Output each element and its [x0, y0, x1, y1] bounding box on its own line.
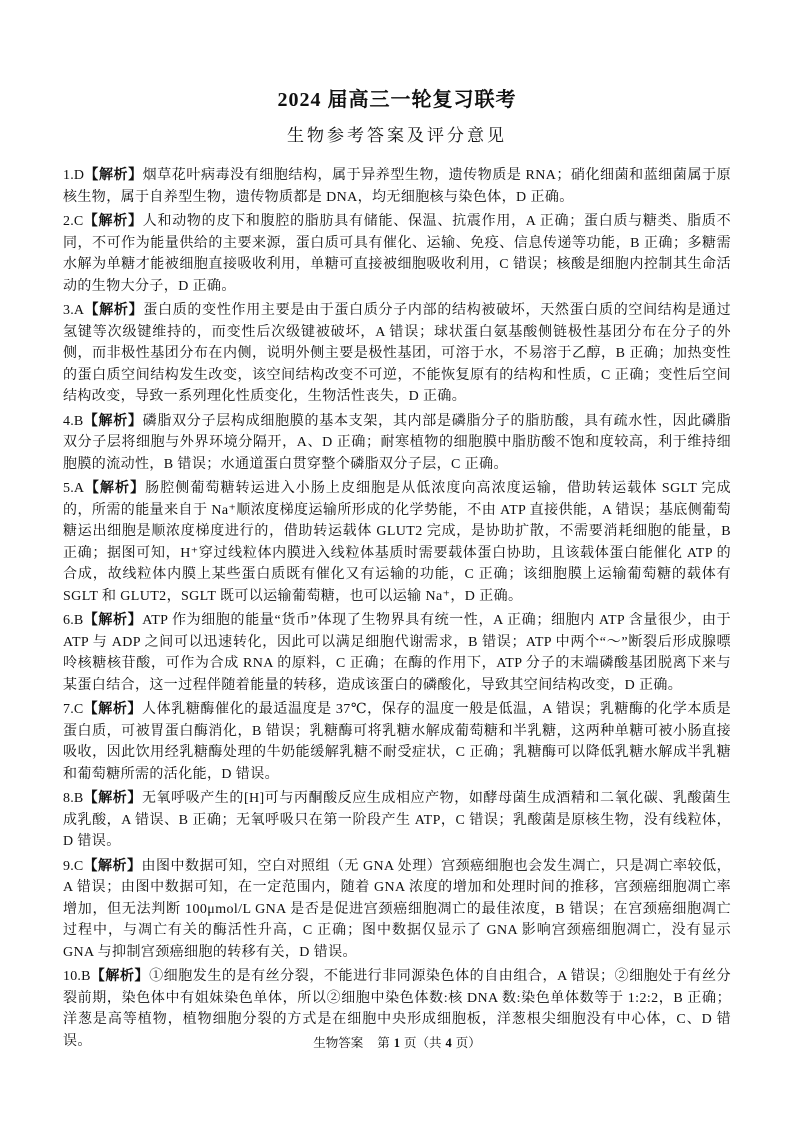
answer-number: 4.B	[63, 414, 83, 429]
analysis-label: 【解析】	[83, 702, 142, 717]
explanation-text: 烟草花叶病毒没有细胞结构，属于异养型生物，遗传物质是 RNA；硝化细菌和蓝细菌属…	[63, 168, 731, 205]
answer-item-2: 2.C【解析】人和动物的皮下和腹腔的脂肪具有储能、保温、抗震作用，A 正确；蛋白…	[63, 211, 731, 297]
answer-number: 5.A	[63, 481, 84, 496]
footer-total-pages: 4	[446, 1036, 452, 1050]
page-footer: 生物答案第1页（共4页）	[0, 1034, 794, 1052]
answer-item-7: 7.C【解析】人体乳糖酶催化的最适温度是 37℃，保存的温度一般是低温，A 错误…	[63, 699, 731, 785]
explanation-text: 由图中数据可知，空白对照组（无 GNA 处理）宫颈癌细胞也会发生凋亡，只是凋亡率…	[63, 859, 731, 960]
answer-number: 6.B	[63, 613, 83, 628]
analysis-label: 【解析】	[83, 414, 142, 429]
answer-item-3: 3.A【解析】蛋白质的变性作用主要是由于蛋白质分子内部的结构被破坏，天然蛋白质的…	[63, 300, 731, 408]
answer-item-4: 4.B【解析】磷脂双分子层构成细胞膜的基本支架，其内部是磷脂分子的脂肪酸，具有疏…	[63, 411, 731, 476]
analysis-label: 【解析】	[83, 859, 141, 874]
answer-explanations: 1.D【解析】烟草花叶病毒没有细胞结构，属于异养型生物，遗传物质是 RNA；硝化…	[63, 165, 731, 1052]
answer-item-5: 5.A【解析】肠腔侧葡萄糖转运进入小肠上皮细胞是从低浓度向高浓度运输，借助转运载…	[63, 478, 731, 607]
analysis-label: 【解析】	[91, 969, 149, 984]
answer-number: 7.C	[63, 702, 83, 717]
answer-number: 2.C	[63, 214, 83, 229]
analysis-label: 【解析】	[83, 791, 141, 806]
footer-doc-label: 生物答案	[313, 1036, 363, 1050]
answer-number: 1.D	[63, 168, 84, 183]
analysis-label: 【解析】	[83, 214, 142, 229]
explanation-text: 人和动物的皮下和腹腔的脂肪具有储能、保温、抗震作用，A 正确；蛋白质与糖类、脂质…	[63, 214, 731, 294]
answer-number: 8.B	[63, 791, 83, 806]
answer-key-subtitle: 生物参考答案及评分意见	[63, 124, 731, 148]
explanation-text: 人体乳糖酶催化的最适温度是 37℃，保存的温度一般是低温，A 错误；乳糖酶的化学…	[63, 702, 731, 782]
analysis-label: 【解析】	[84, 481, 145, 496]
answer-item-1: 1.D【解析】烟草花叶病毒没有细胞结构，属于异养型生物，遗传物质是 RNA；硝化…	[63, 165, 731, 208]
footer-suffix-text: 页）	[456, 1036, 481, 1050]
explanation-text: 蛋白质的变性作用主要是由于蛋白质分子内部的结构被破坏，天然蛋白质的空间结构是通过…	[63, 303, 731, 404]
analysis-label: 【解析】	[84, 168, 142, 183]
footer-page-word: 第	[377, 1036, 390, 1050]
analysis-label: 【解析】	[83, 613, 142, 628]
document-page: 2024 届高三一轮复习联考 生物参考答案及评分意见 1.D【解析】烟草花叶病毒…	[0, 0, 794, 1123]
answer-number: 9.C	[63, 859, 83, 874]
footer-mid-text: 页（共	[404, 1036, 442, 1050]
answer-item-8: 8.B【解析】无氧呼吸产生的[H]可与丙酮酸反应生成相应产物，如酵母菌生成酒精和…	[63, 788, 731, 853]
analysis-label: 【解析】	[84, 303, 143, 318]
explanation-text: ATP 作为细胞的能量“货币”体现了生物界具有统一性，A 正确；细胞内 ATP …	[63, 613, 731, 693]
exam-title: 2024 届高三一轮复习联考	[63, 86, 731, 114]
explanation-text: 磷脂双分子层构成细胞膜的基本支架，其内部是磷脂分子的脂肪酸，具有疏水性，因此磷脂…	[63, 414, 731, 472]
answer-item-6: 6.B【解析】ATP 作为细胞的能量“货币”体现了生物界具有统一性，A 正确；细…	[63, 610, 731, 696]
explanation-text: 无氧呼吸产生的[H]可与丙酮酸反应生成相应产物，如酵母菌生成酒精和二氧化碳、乳酸…	[63, 791, 731, 849]
answer-item-9: 9.C【解析】由图中数据可知，空白对照组（无 GNA 处理）宫颈癌细胞也会发生凋…	[63, 856, 731, 964]
footer-page-number: 1	[394, 1036, 400, 1050]
explanation-text: 肠腔侧葡萄糖转运进入小肠上皮细胞是从低浓度向高浓度运输，借助转运载体 SGLT …	[63, 481, 731, 604]
answer-number: 10.B	[63, 969, 91, 984]
answer-number: 3.A	[63, 303, 84, 318]
